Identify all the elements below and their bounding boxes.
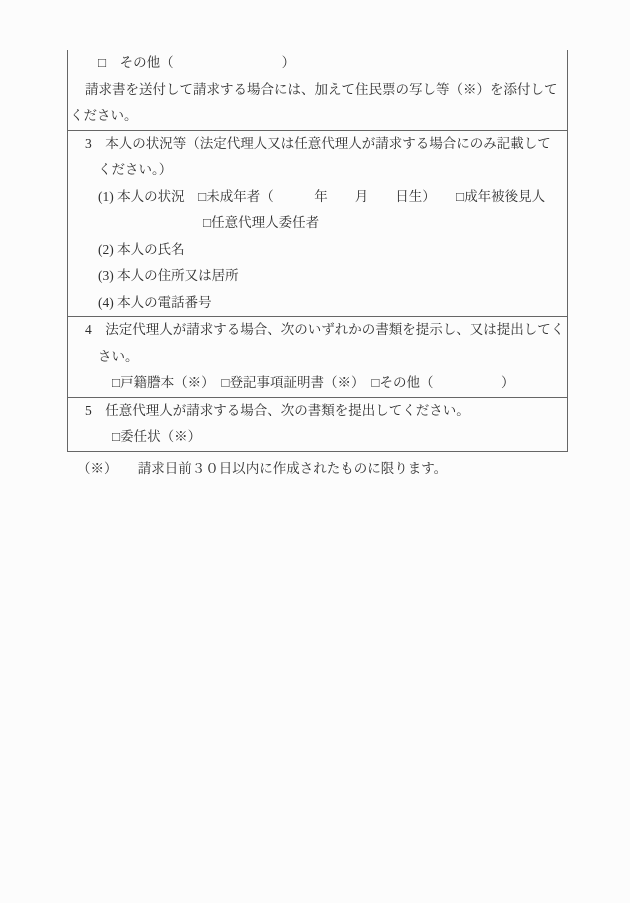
other-doc-label: その他（ ） <box>379 375 514 390</box>
line-item2-name: (2) 本人の氏名 <box>68 237 567 264</box>
section-4-hotei-dairinin: 4 法定代理人が請求する場合、次のいずれかの書類を提示し、又は提出してく さい。… <box>68 316 567 397</box>
line-other-option: □ その他（ ） <box>68 50 567 77</box>
line-section5-heading: 5 任意代理人が請求する場合、次の書類を提出してください。 <box>68 398 567 425</box>
line-item1-status: (1) 本人の状況 □未成年者（ 年 月 日生） □成年被後見人 <box>68 184 567 211</box>
line-item3-address: (3) 本人の住所又は居所 <box>68 263 567 290</box>
line-section3-heading-2: ください。） <box>68 157 567 184</box>
checkbox-ininjo-icon: □ <box>112 429 120 444</box>
checkbox-voluntary-delegator-icon: □ <box>203 215 211 230</box>
adult-ward-label: 成年被後見人 <box>464 189 545 204</box>
line-voluntary-delegator: □任意代理人委任者 <box>68 210 567 237</box>
line-mailing-note-2: ください。 <box>68 103 567 130</box>
item1-status-prefix: (1) 本人の状況 <box>98 189 198 204</box>
document-page: □ その他（ ） 請求書を送付して請求する場合には、加えて住民票の写し等（※）を… <box>0 0 630 903</box>
line-section3-heading-1: 3 本人の状況等（法定代理人又は任意代理人が請求する場合にのみ記載して <box>68 131 567 158</box>
ininjo-label: 委任状（※） <box>120 429 201 444</box>
section-top-continued: □ その他（ ） 請求書を送付して請求する場合には、加えて住民票の写し等（※）を… <box>68 50 567 130</box>
section-5-nini-dairinin: 5 任意代理人が請求する場合、次の書類を提出してください。 □委任状（※） <box>68 397 567 451</box>
checkbox-other-icon: □ <box>98 55 106 70</box>
section-3-honnin-jokyo: 3 本人の状況等（法定代理人又は任意代理人が請求する場合にのみ記載して ください… <box>68 130 567 317</box>
line-section4-documents: □戸籍謄本（※） □登記事項証明書（※） □その他（ ） <box>68 370 567 397</box>
line-section4-heading-1: 4 法定代理人が請求する場合、次のいずれかの書類を提示し、又は提出してく <box>68 317 567 344</box>
minor-label: 未成年者（ 年 月 日生） <box>206 189 456 204</box>
footnote-validity-note: （※） 請求日前３０日以内に作成されたものに限ります。 <box>77 455 447 482</box>
line-item4-phone: (4) 本人の電話番号 <box>68 290 567 317</box>
checkbox-adult-ward-icon: □ <box>456 189 464 204</box>
form-table: □ その他（ ） 請求書を送付して請求する場合には、加えて住民票の写し等（※）を… <box>67 50 568 452</box>
line-proxy-form: □委任状（※） <box>68 424 567 451</box>
checkbox-toki-shomeisho-icon: □ <box>221 375 229 390</box>
other-option-label: その他（ ） <box>106 55 295 70</box>
checkbox-koseki-tohon-icon: □ <box>112 375 120 390</box>
voluntary-delegator-label: 任意代理人委任者 <box>211 215 319 230</box>
toki-shomeisho-label: 登記事項証明書（※） <box>230 375 372 390</box>
koseki-tohon-label: 戸籍謄本（※） <box>120 375 221 390</box>
line-mailing-note-1: 請求書を送付して請求する場合には、加えて住民票の写し等（※）を添付して <box>68 77 567 104</box>
line-section4-heading-2: さい。 <box>68 344 567 371</box>
